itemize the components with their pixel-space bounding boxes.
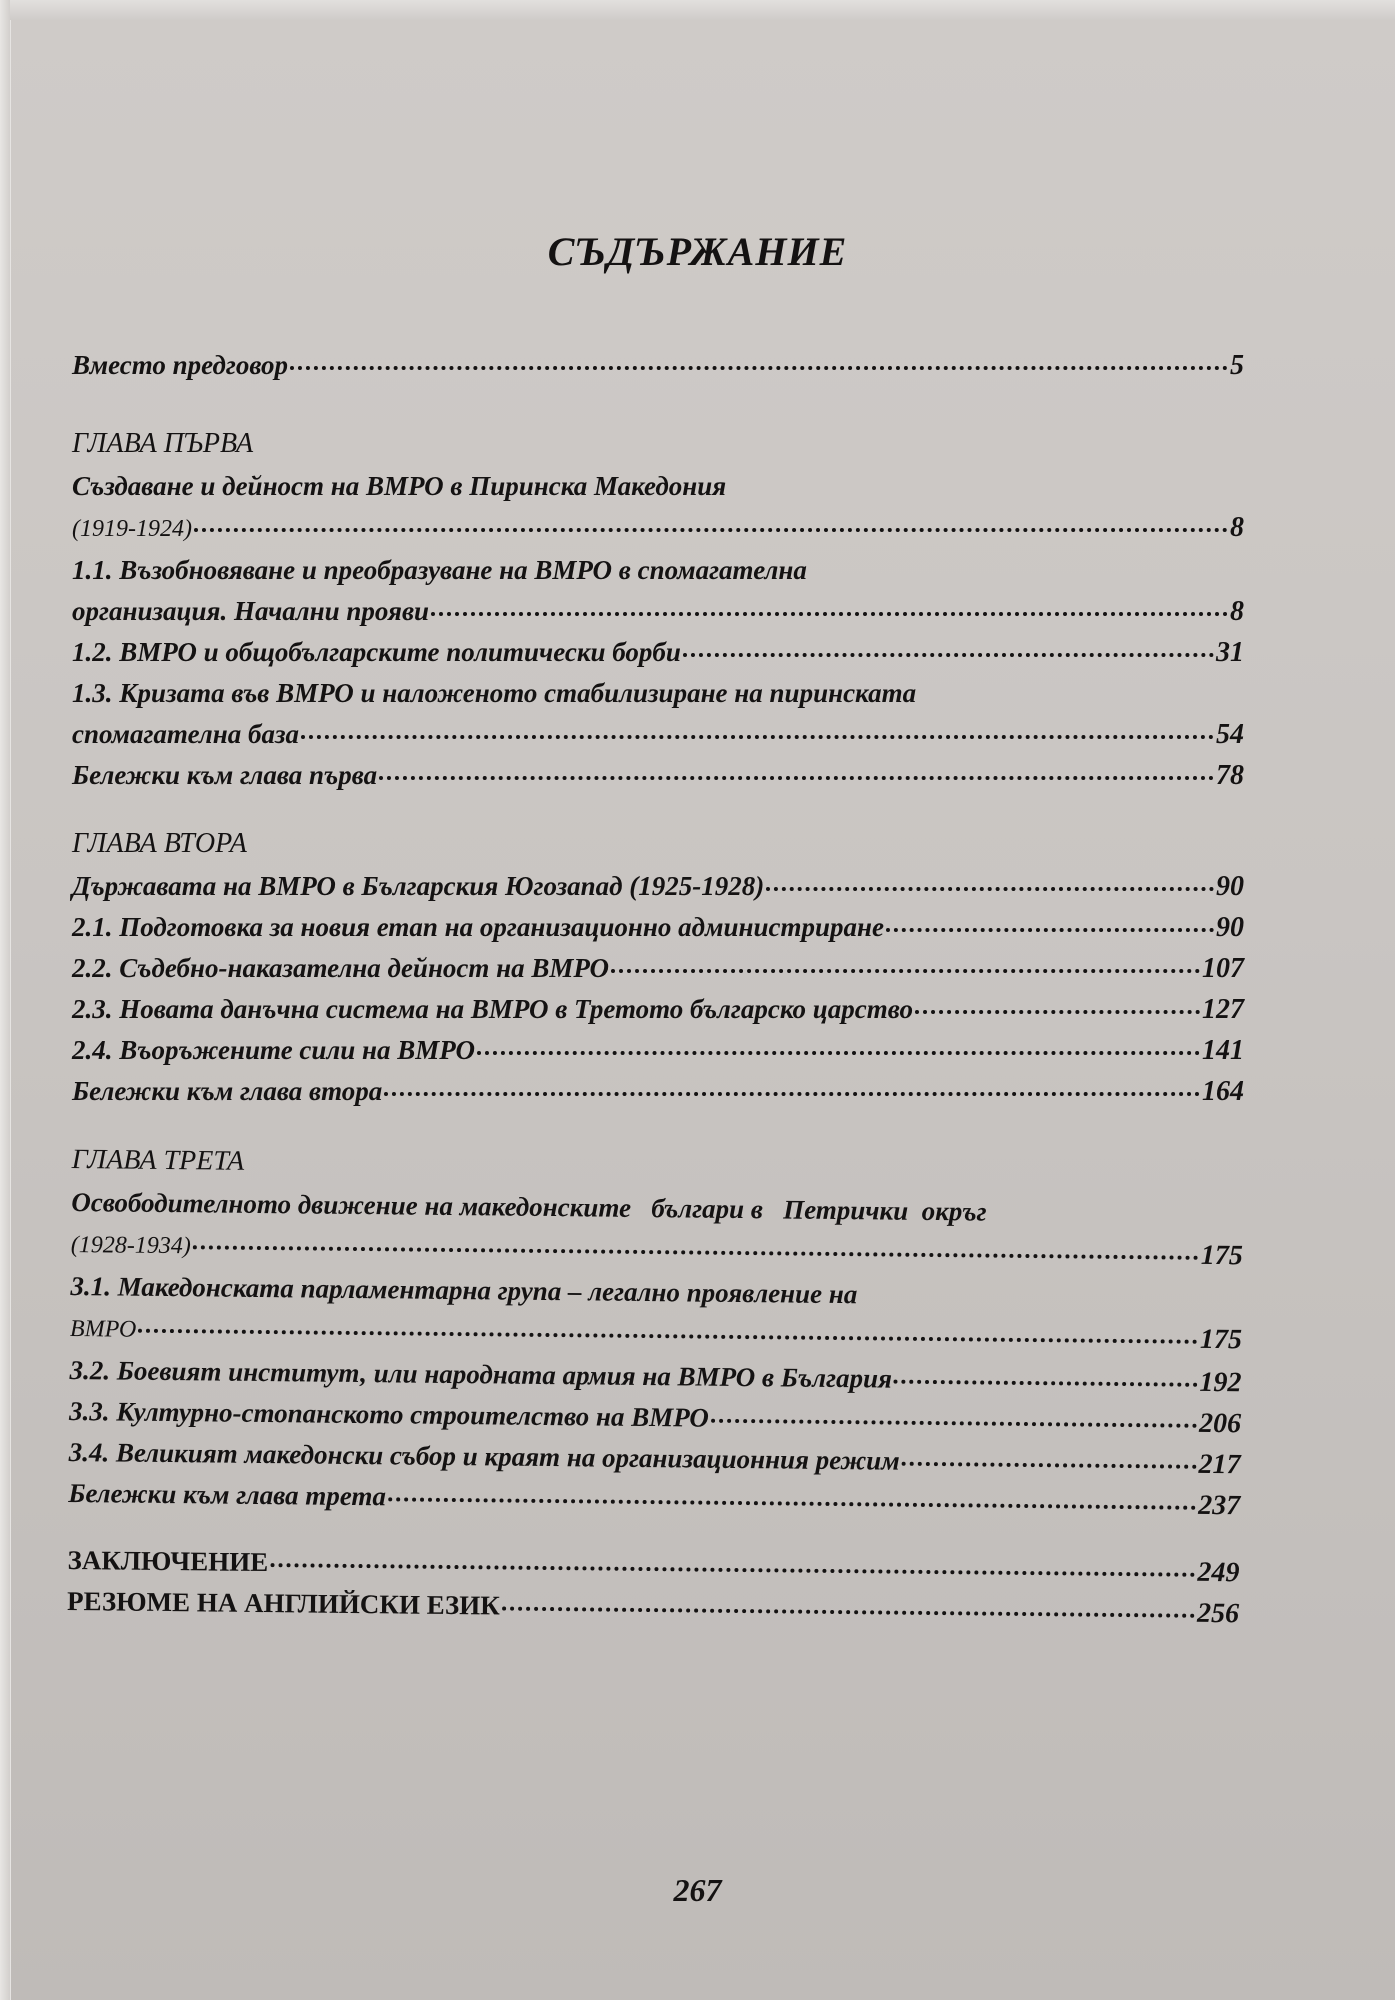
toc-entry[interactable]: организация. Начални прояви 8 xyxy=(72,591,1244,632)
chapter-heading: ГЛАВА ВТОРА xyxy=(72,822,1244,866)
toc-entry-2-4[interactable]: 2.4. Въоръжените сили на ВМРО 141 xyxy=(72,1030,1244,1071)
page-top-edge xyxy=(0,0,1395,20)
toc-entry-preface[interactable]: Вместо предговор 5 xyxy=(72,345,1244,386)
toc-entry-1-3[interactable]: 1.3. Кризата във ВМРО и наложеното стаби… xyxy=(72,673,1244,714)
toc-entry-1-1[interactable]: 1.1. Възобновяване и преобразуване на ВМ… xyxy=(72,550,1244,591)
toc-entry-notes-2[interactable]: Бележки към глава втора 164 xyxy=(72,1071,1244,1112)
chapter-title: Създаване и дейност на ВМРО в Пиринска М… xyxy=(72,466,1244,507)
toc-entry-notes-1[interactable]: Бележки към глава първа 78 xyxy=(72,755,1244,796)
toc-entry[interactable]: (1919-1924) 8 xyxy=(72,507,1244,550)
chapter-1: ГЛАВА ПЪРВА Създаване и дейност на ВМРО … xyxy=(72,422,1244,796)
toc-entry-2-3[interactable]: 2.3. Новата данъчна система на ВМРО в Тр… xyxy=(72,989,1244,1030)
toc-entry-2-2[interactable]: 2.2. Съдебно-наказателна дейност на ВМРО… xyxy=(72,948,1244,989)
chapter-2: ГЛАВА ВТОРА Държавата на ВМРО в Българск… xyxy=(72,822,1244,1112)
chapter-title[interactable]: Държавата на ВМРО в Българския Югозапад … xyxy=(72,866,1244,907)
chapter-3: ГЛАВА ТРЕТА Освободителното движение на … xyxy=(67,1138,1244,1634)
table-of-contents: Вместо предговор 5 ГЛАВА ПЪРВА Създаване… xyxy=(72,345,1244,1622)
toc-entry[interactable]: спомагателна база 54 xyxy=(72,714,1244,755)
page-number: 267 xyxy=(0,1872,1395,1909)
chapter-heading: ГЛАВА ПЪРВА xyxy=(72,422,1244,466)
toc-entry-2-1[interactable]: 2.1. Подготовка за новия етап на организ… xyxy=(72,907,1244,948)
leader-dots xyxy=(290,366,1228,370)
page-edge xyxy=(0,0,10,2000)
toc-entry-1-2[interactable]: 1.2. ВМРО и общобългарските политически … xyxy=(72,632,1244,673)
page-title: СЪДЪРЖАНИЕ xyxy=(0,228,1395,275)
